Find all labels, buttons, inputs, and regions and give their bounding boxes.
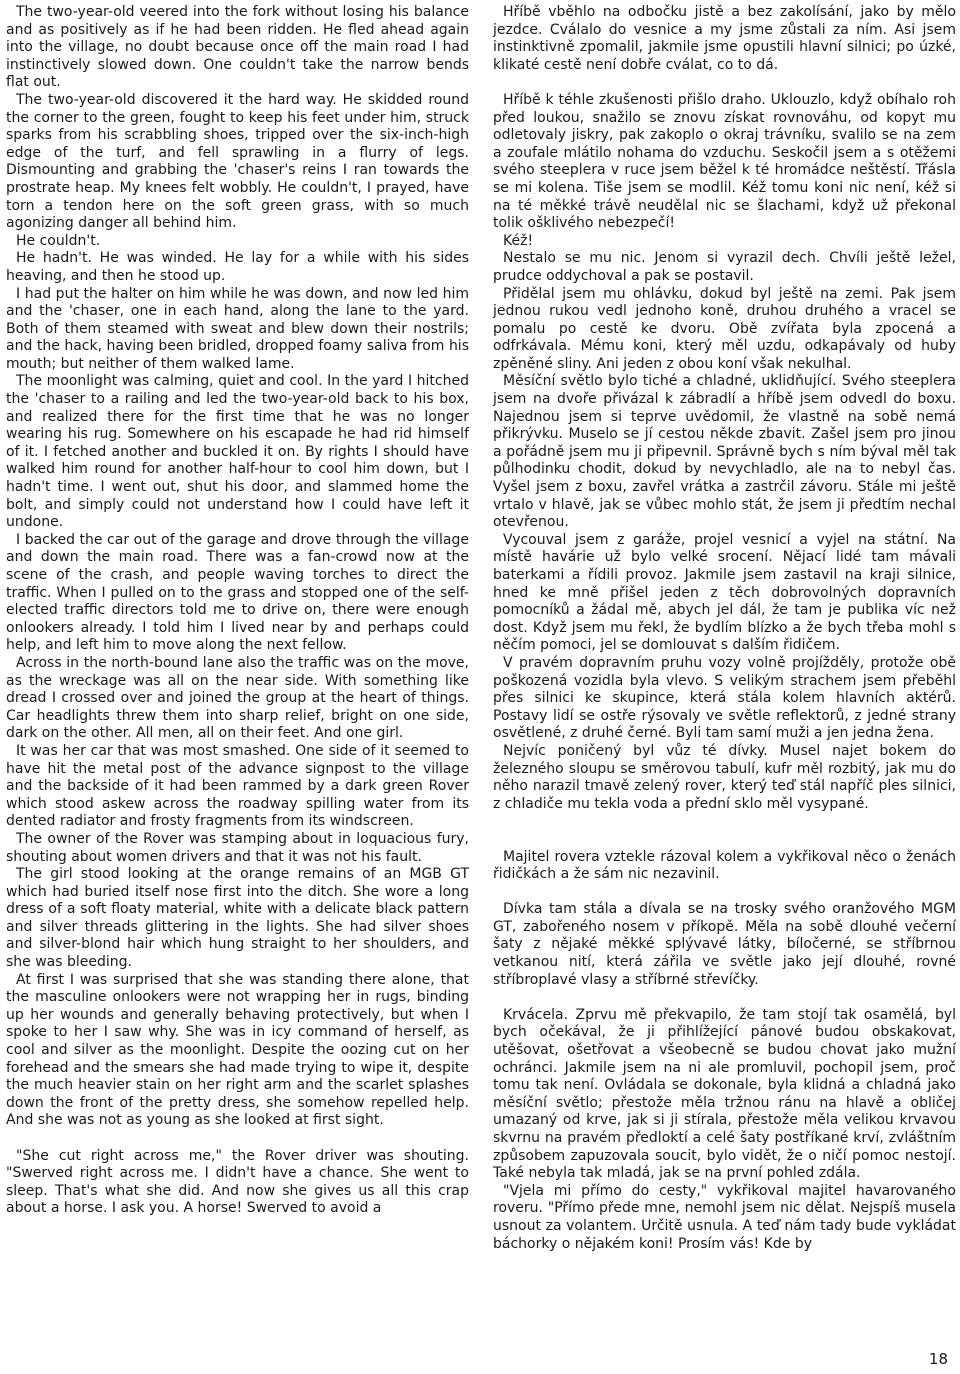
paragraph: He couldn't. [6,233,469,251]
paragraph: Nejvíc poničený byl vůz té dívky. Musel … [493,743,956,813]
paragraph: "She cut right across me," the Rover dri… [6,1148,469,1218]
paragraph: Kéž! [493,233,956,251]
paragraph: Hříbě k téhle zkušenosti přišlo draho. U… [493,92,956,233]
paragraph: It was her car that was most smashed. On… [6,743,469,831]
paragraph: Hříbě vběhlo na odbočku jistě a bez zako… [493,4,956,74]
paragraph: Vycouval jsem z garáže, projel vesnicí a… [493,532,956,655]
paragraph: Měsíční světlo bylo tiché a chladné, ukl… [493,373,956,531]
document-page: The two-year-old veered into the fork wi… [0,0,960,1374]
paragraph: I had put the halter on him while he was… [6,286,469,374]
paragraph: At first I was surprised that she was st… [6,972,469,1130]
paragraph: Krvácela. Zprvu mě překvapilo, že tam st… [493,1007,956,1183]
paragraph: The owner of the Rover was stamping abou… [6,831,469,866]
paragraph: V pravém dopravním pruhu vozy volně proj… [493,655,956,743]
two-column-layout: The two-year-old veered into the fork wi… [0,0,960,1253]
paragraph: "Vjela mi přímo do cesty," vykřikoval ma… [493,1183,956,1253]
english-text-column: The two-year-old veered into the fork wi… [6,4,469,1253]
paragraph: I backed the car out of the garage and d… [6,532,469,655]
paragraph: He hadn't. He was winded. He lay for a w… [6,250,469,285]
paragraph: Across in the north-bound lane also the … [6,655,469,743]
paragraph: Přidělal jsem mu ohlávku, dokud byl ješt… [493,286,956,374]
paragraph: The two-year-old discovered it the hard … [6,92,469,233]
paragraph: The moonlight was calming, quiet and coo… [6,373,469,531]
paragraph: Nestalo se mu nic. Jenom si vyrazil dech… [493,250,956,285]
page-number: 18 [929,1350,948,1368]
czech-text-column: Hříbě vběhlo na odbočku jistě a bez zako… [493,4,956,1253]
paragraph: The girl stood looking at the orange rem… [6,866,469,972]
paragraph: The two-year-old veered into the fork wi… [6,4,469,92]
paragraph: Majitel rovera vztekle rázoval kolem a v… [493,849,956,884]
paragraph: Dívka tam stála a dívala se na trosky sv… [493,901,956,989]
